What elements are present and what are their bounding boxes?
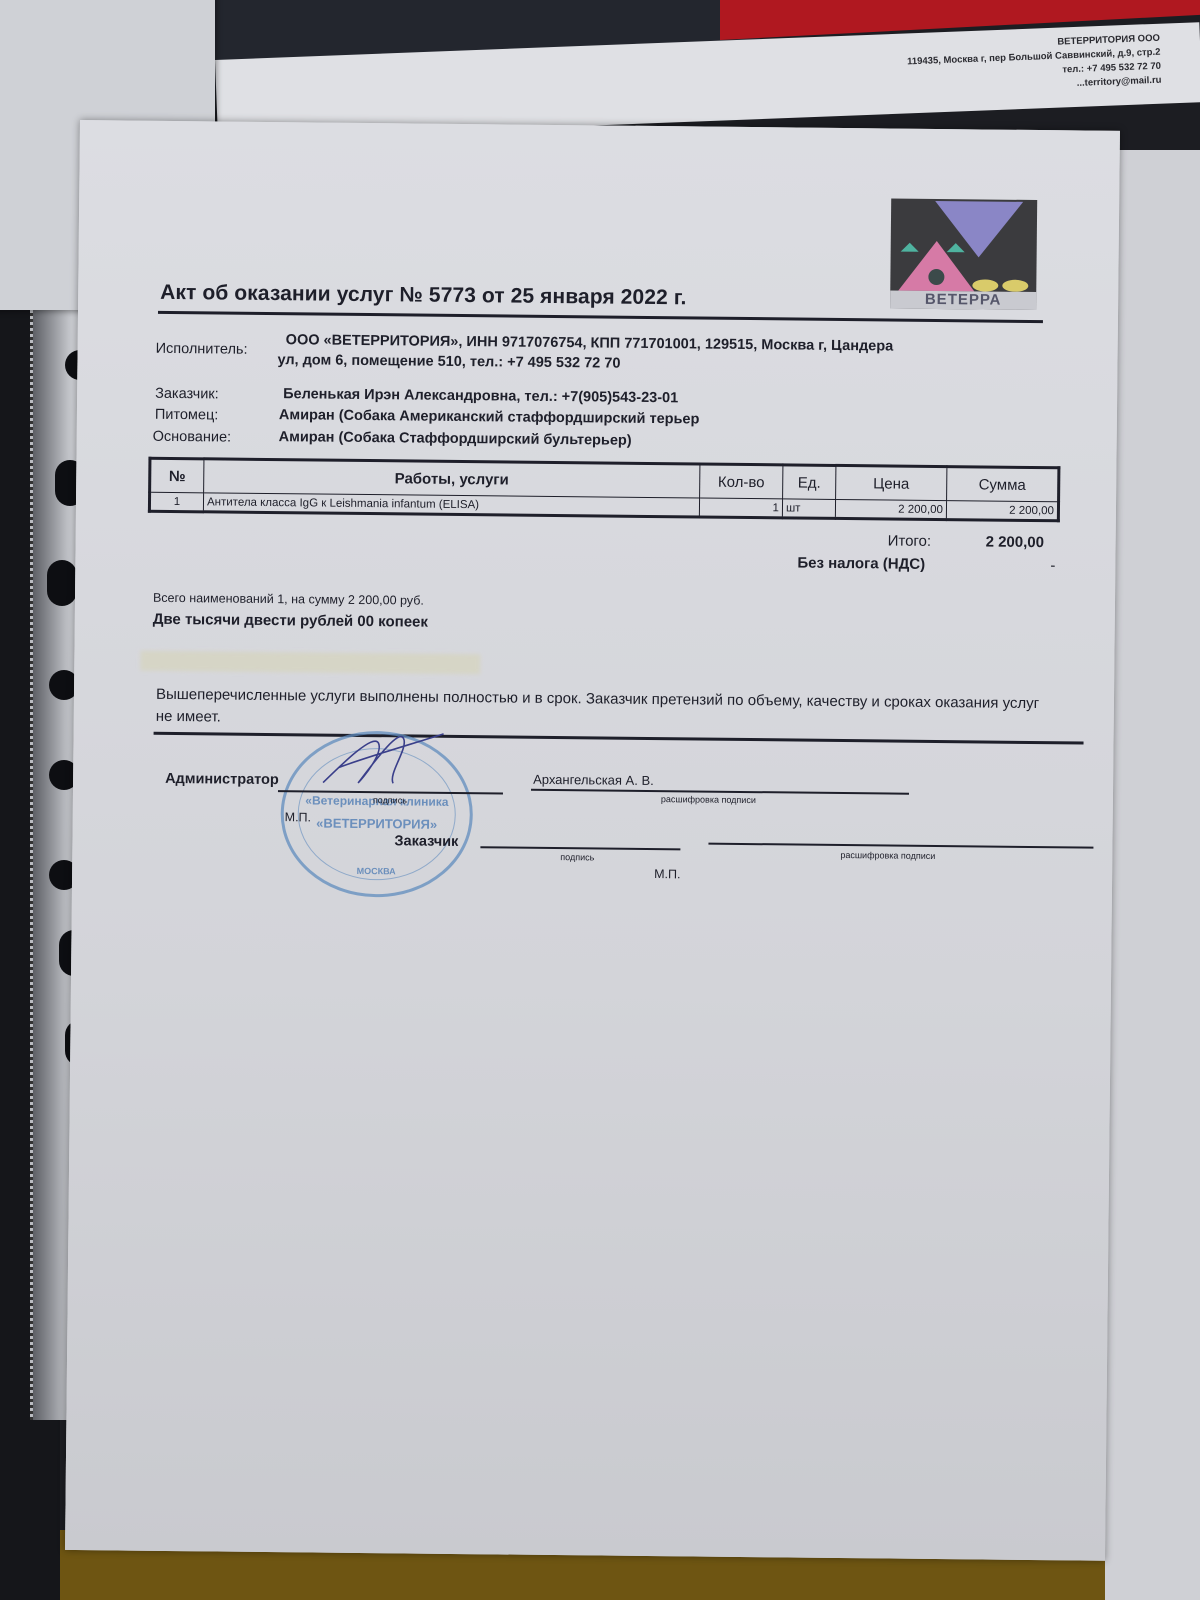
total-label: Итого:	[888, 532, 932, 549]
logo-wordmark: ВЕТЕРРА	[890, 290, 1036, 310]
col-unit: Ед.	[783, 465, 836, 500]
admin-signature-caption: подпись	[373, 795, 407, 805]
redacted-line	[140, 651, 480, 675]
col-price: Цена	[836, 465, 947, 500]
administrator-label: Администратор	[165, 771, 279, 788]
col-qty: Кол-во	[700, 464, 783, 499]
amount-in-words: Две тысячи двести рублей 00 копеек	[153, 611, 428, 631]
pet-label: Питомец:	[155, 407, 219, 424]
tax-label: Без налога (НДС)	[797, 555, 925, 573]
clinic-logo: ВЕТЕРРА	[890, 198, 1037, 310]
stamp-line2: «ВЕТЕРРИТОРИЯ»	[284, 815, 470, 832]
basis-value: Амиран (Собака Стаффордширский бультерье…	[279, 429, 632, 449]
punch-hole	[47, 560, 77, 606]
cell-number: 1	[149, 492, 203, 512]
cell-sum: 2 200,00	[946, 501, 1058, 521]
admin-decoding-caption: расшифровка подписи	[661, 794, 756, 805]
document-title: Акт об оказании услуг № 5773 от 25 январ…	[160, 281, 687, 311]
services-table: № Работы, услуги Кол-во Ед. Цена Сумма 1…	[148, 457, 1061, 523]
logo-eye-dot	[928, 269, 944, 285]
col-number: №	[150, 458, 204, 493]
cell-service: Антитела класса IgG к Leishmania infantu…	[203, 493, 699, 517]
col-sum: Сумма	[947, 467, 1059, 502]
stamp-city: МОСКВА	[283, 865, 469, 877]
customer-signature-line	[480, 846, 680, 850]
customer-decoding-line	[708, 843, 1093, 849]
background-document-header: ВЕТЕРРИТОРИЯ ООО 119435, Москва г, пер Б…	[906, 32, 1161, 98]
customer-sign-label: Заказчик	[394, 833, 458, 850]
col-service: Работы, услуги	[204, 459, 700, 498]
pet-value: Амиран (Собака Американский стаффордширс…	[279, 407, 700, 427]
cell-price: 2 200,00	[835, 499, 946, 519]
cell-qty: 1	[699, 498, 782, 518]
customer-seal-label: М.П.	[654, 867, 680, 881]
tax-value: -	[1050, 557, 1055, 574]
customer-signature-caption: подпись	[560, 852, 594, 862]
customer-decoding-caption: расшифровка подписи	[840, 850, 935, 861]
executor-line1: ООО «ВЕТЕРРИТОРИЯ», ИНН 9717076754, КПП …	[286, 332, 894, 354]
cell-unit: шт	[782, 499, 835, 519]
administrator-name: Архангельская А. В.	[533, 772, 654, 788]
executor-line2: ул, дом 6, помещение 510, тел.: +7 495 5…	[277, 352, 620, 372]
executor-label: Исполнитель:	[156, 341, 248, 358]
completion-statement: Вышеперечисленные услуги выполнены полно…	[156, 684, 1056, 737]
items-count-line: Всего наименований 1, на сумму 2 200,00 …	[153, 591, 424, 608]
right-edge-sheet	[1105, 150, 1200, 1600]
basis-label: Основание:	[153, 429, 232, 446]
admin-name-line	[531, 789, 909, 794]
logo-cat-eye	[1002, 280, 1028, 292]
title-divider	[158, 311, 1043, 323]
total-value: 2 200,00	[986, 534, 1045, 552]
customer-value: Беленькая Ирэн Александровна, тел.: +7(9…	[283, 386, 678, 406]
service-act-document: ВЕТЕРРА Акт об оказании услуг № 5773 от …	[65, 120, 1120, 1561]
admin-seal-label: М.П.	[285, 810, 311, 824]
customer-label: Заказчик:	[155, 386, 219, 403]
logo-cat-eye	[972, 279, 998, 291]
